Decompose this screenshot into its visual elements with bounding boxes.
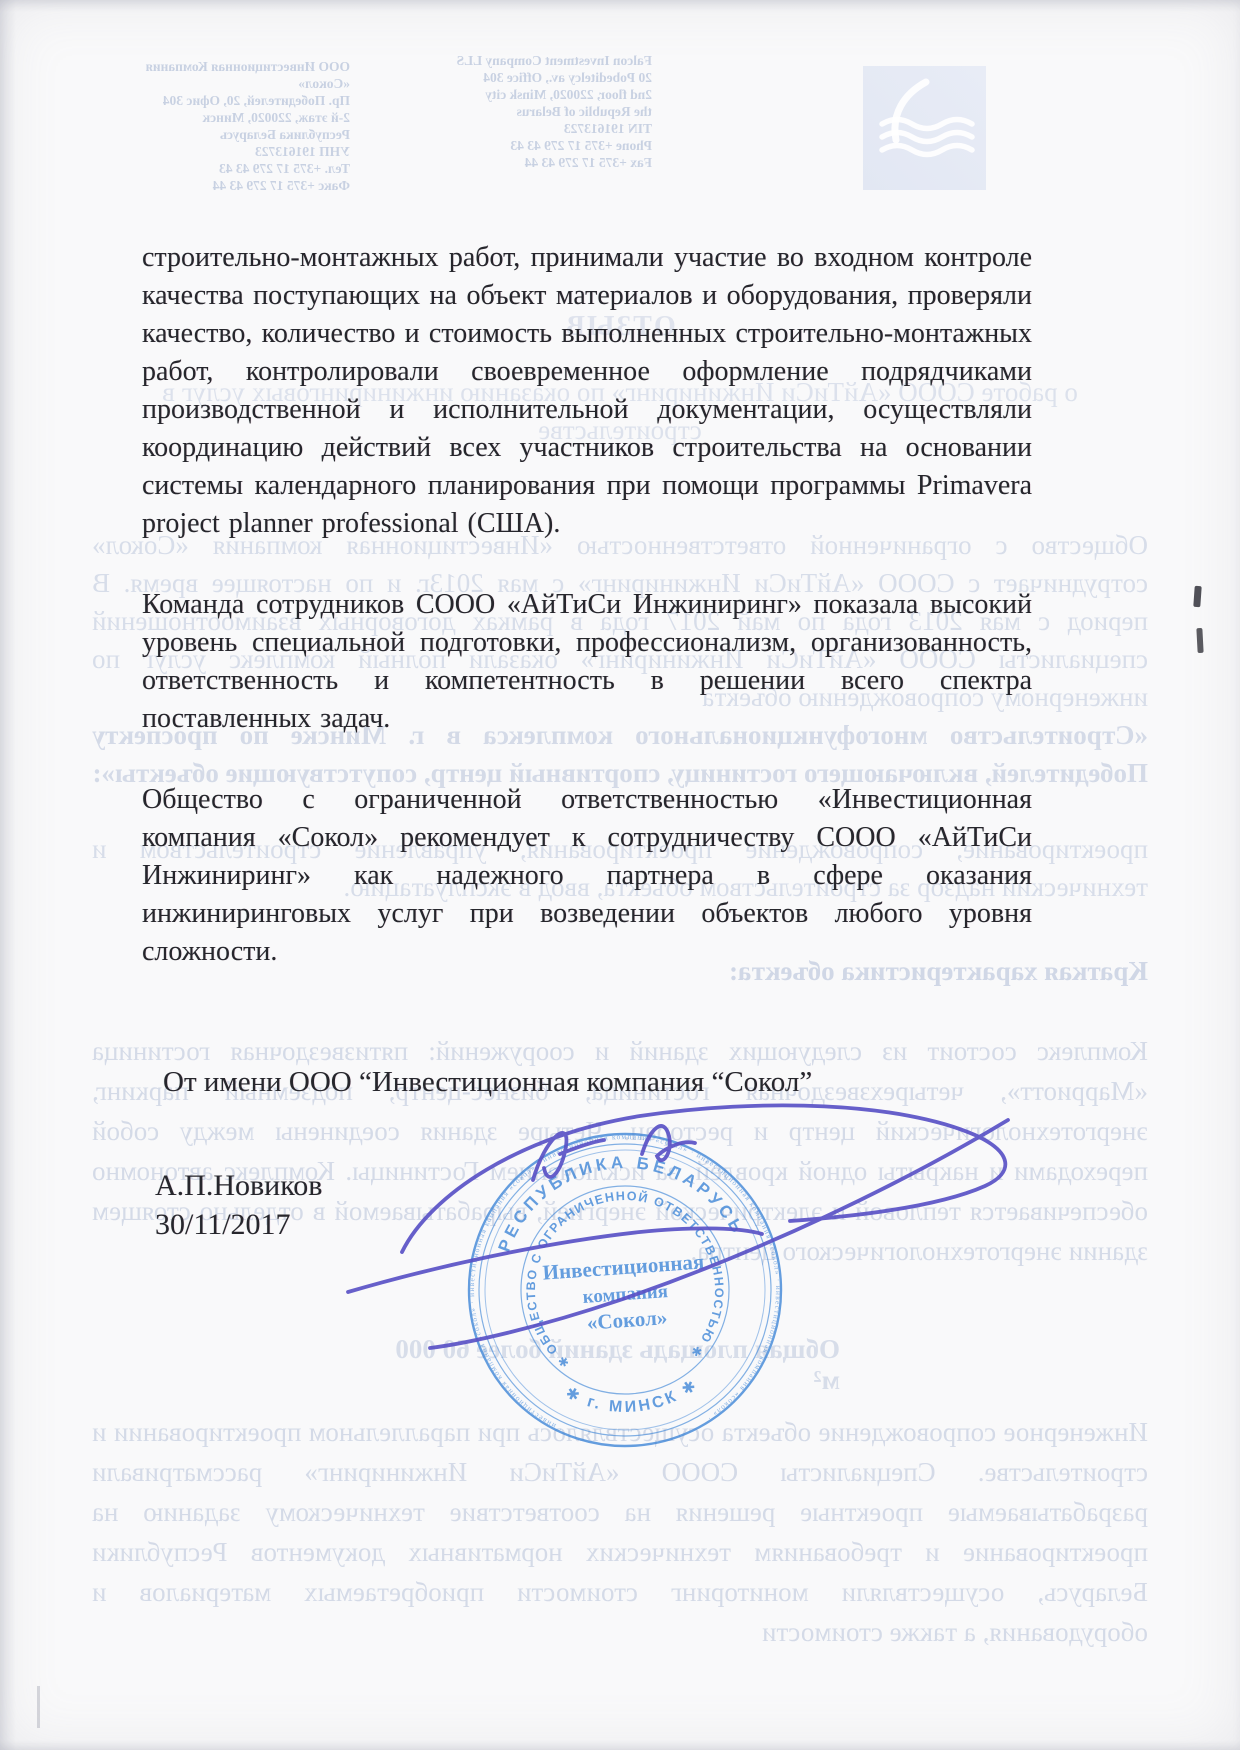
signer-name: А.П.Новиков: [155, 1169, 322, 1203]
scan-artifact-bottom-left: [37, 1686, 40, 1728]
paragraph-3: Общество с ограниченной ответственностью…: [142, 781, 1032, 971]
signoff-line: От имени ООО “Инвестиционная компания “С…: [163, 1066, 812, 1099]
svg-text:✱ г. МИНСК ✱: ✱ г. МИНСК ✱: [562, 1375, 704, 1420]
paragraph-1: строительно-монтажных работ, принимали у…: [142, 239, 1032, 543]
scan-edge-shadow-bottom: [0, 1740, 1240, 1750]
bleed-letterhead-ru: ООО Инвестиционная Компания «Сокол» Пр. …: [118, 58, 350, 194]
scanned-page: ООО Инвестиционная Компания «Сокол» Пр. …: [0, 0, 1240, 1750]
falcon-logo-swoosh-icon: [863, 66, 986, 190]
scan-edge-shadow-top: [0, 0, 1240, 12]
scan-artifact-right-edge-1: [1193, 586, 1201, 607]
letterhead-logo-bleed: [863, 66, 986, 190]
scan-edge-shadow-left: [0, 0, 16, 1750]
stamp-center-line2: компания: [582, 1281, 669, 1308]
stamp-center-line3: «Сокол»: [586, 1305, 668, 1335]
stamp-center-line1: Инвестиционная: [542, 1249, 705, 1284]
sign-date: 30/11/2017: [155, 1208, 291, 1242]
company-round-stamp: · инвестиционная компания «сокол» · инве…: [455, 1120, 795, 1460]
paragraph-2: Команда сотрудников СООО «АйТиСи Инжинир…: [142, 586, 1032, 738]
stamp-ring-bottom-text: ✱ г. МИНСК ✱: [562, 1375, 704, 1420]
bleed-letterhead-en: Falcon Investment Company LLS 20 Pobedit…: [372, 52, 652, 171]
scan-artifact-right-edge-2: [1196, 628, 1203, 653]
